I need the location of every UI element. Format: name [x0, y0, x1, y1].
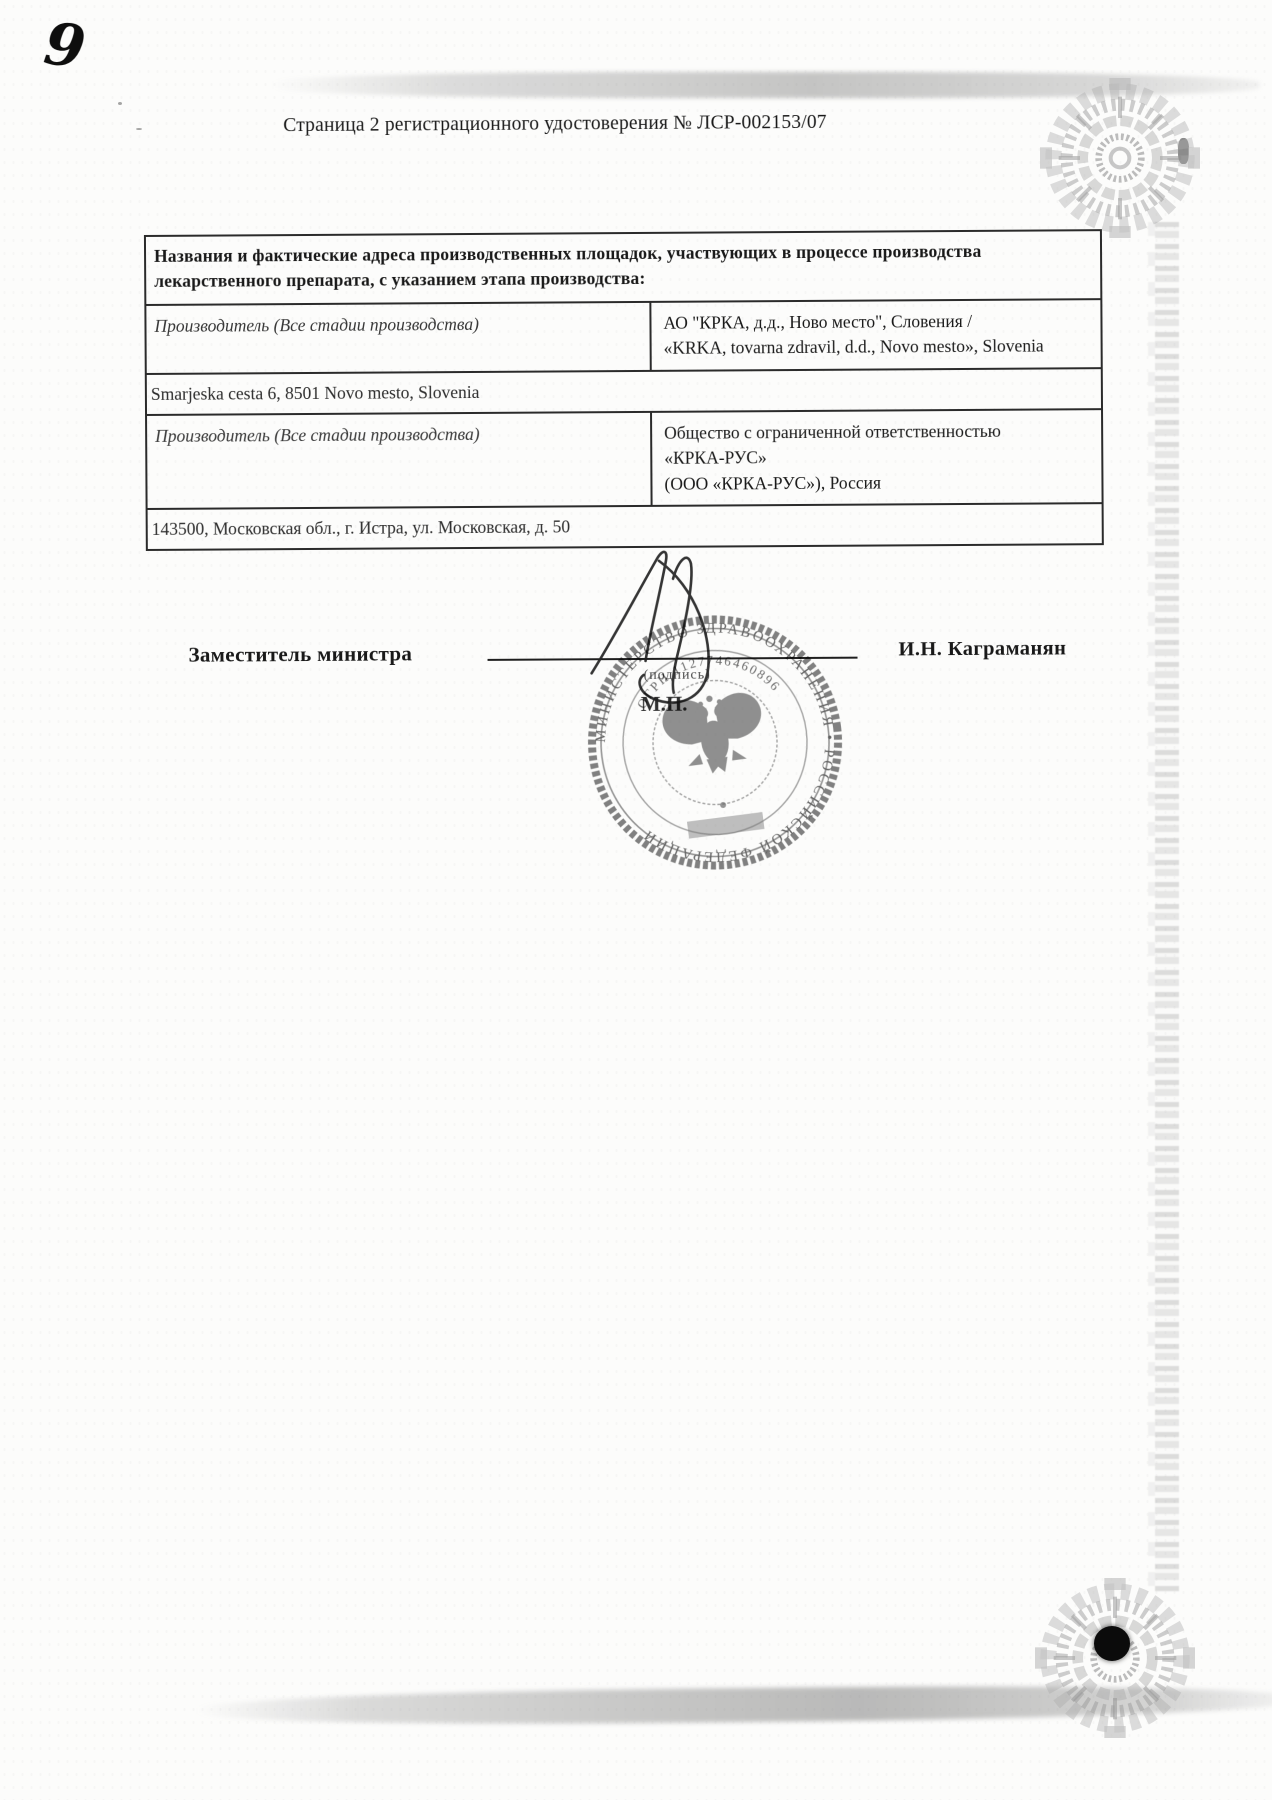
production-sites-table: Названия и фактические адреса производст…: [144, 229, 1104, 551]
ministry-seal-stamp: МИНИСТЕРСТВО ЗДРАВООХРАНЕНИЯ • РОССИЙСКО…: [566, 594, 864, 892]
signer-name: И.Н. Каграманян: [898, 637, 1066, 661]
scanned-certificate-page: 9 Страница 2 регистрационного удостовере…: [0, 0, 1272, 1800]
table-row: Производитель (Все стадии производства) …: [147, 410, 1102, 510]
manufacturer-value-cell: АО "КРКА, д.д., Ново место", Словения / …: [651, 300, 1100, 369]
handwritten-page-number: 9: [40, 9, 89, 82]
double-headed-eagle-icon: [660, 689, 768, 779]
page-title: Страница 2 регистрационного удостоверени…: [283, 111, 883, 137]
manufacturer-label-cell: Производитель (Все стадии производства): [146, 303, 651, 373]
value-line: (ООО «КРКА-РУС»), Россия: [664, 469, 1091, 497]
manufacturer-label-cell: Производитель (Все стадии производства): [147, 413, 653, 508]
manufacturer-value-cell: Общество с ограниченной ответственностью…: [652, 410, 1102, 505]
signature-block: Заместитель министра (подпись) М.П. И.Н.…: [0, 0, 1266, 4]
value-line: АО "КРКА, д.д., Ново место", Словения /: [663, 308, 1090, 336]
value-line: Общество с ограниченной ответственностью: [664, 418, 1091, 446]
stamp-banner: [687, 812, 765, 839]
table-row: Производитель (Все стадии производства) …: [146, 300, 1100, 375]
signer-position-title: Заместитель министра: [188, 641, 412, 667]
table-row: Smarjeska cesta 6, 8501 Novo mesto, Slov…: [147, 369, 1101, 416]
value-line: «KRKA, tovarna zdravil, d.d., Novo mesto…: [664, 333, 1091, 361]
value-line: «КРКА-РУС»: [664, 443, 1091, 471]
table-header: Названия и фактические адреса производст…: [146, 231, 1100, 306]
document-content: 9 Страница 2 регистрационного удостовере…: [0, 0, 1272, 1800]
